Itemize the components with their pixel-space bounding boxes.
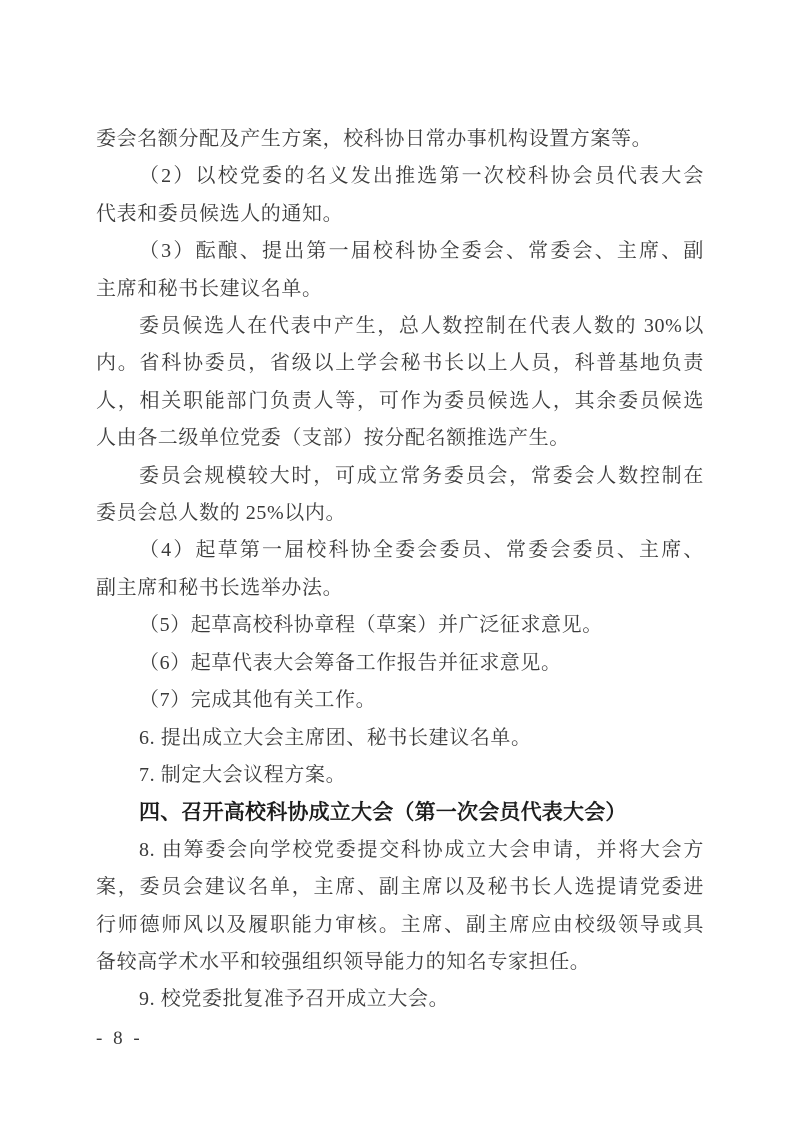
body-text-line: 案，委员会建议名单，主席、副主席以及秘书长人选提请党委进 xyxy=(96,869,704,906)
body-text-line: 内。省科协委员，省级以上学会秘书长以上人员，科普基地负责 xyxy=(96,345,704,382)
body-text-line: 委员候选人在代表中产生，总人数控制在代表人数的 30%以 xyxy=(96,308,704,345)
body-text-line: （6）起草代表大会筹备工作报告并征求意见。 xyxy=(96,645,704,682)
body-text-line: （7）完成其他有关工作。 xyxy=(96,682,704,719)
body-text-line: 主席和秘书长建议名单。 xyxy=(96,271,704,308)
body-text-line: 委会名额分配及产生方案，校科协日常办事机构设置方案等。 xyxy=(96,121,704,158)
body-text-line: （5）起草高校科协章程（草案）并广泛征求意见。 xyxy=(96,607,704,644)
page-body: 委会名额分配及产生方案，校科协日常办事机构设置方案等。 （2）以校党委的名义发出… xyxy=(96,121,704,1019)
body-text-line: 备较高学术水平和较强组织领导能力的知名专家担任。 xyxy=(96,944,704,981)
body-text-line: 9. 校党委批复准予召开成立大会。 xyxy=(96,981,704,1018)
body-text-line: （2）以校党委的名义发出推选第一次校科协会员代表大会 xyxy=(96,158,704,195)
body-text-line: 6. 提出成立大会主席团、秘书长建议名单。 xyxy=(96,720,704,757)
body-text-line: 副主席和秘书长选举办法。 xyxy=(96,570,704,607)
body-text-line: 人由各二级单位党委（支部）按分配名额推选产生。 xyxy=(96,420,704,457)
body-text-line: 委员会总人数的 25%以内。 xyxy=(96,495,704,532)
body-text-line: 8. 由筹委会向学校党委提交科协成立大会申请，并将大会方 xyxy=(96,832,704,869)
body-text-line: 7. 制定大会议程方案。 xyxy=(96,757,704,794)
page-number: - 8 - xyxy=(96,1028,143,1050)
body-text-line: 委员会规模较大时，可成立常务委员会，常委会人数控制在 xyxy=(96,458,704,495)
body-text-line: 代表和委员候选人的通知。 xyxy=(96,196,704,233)
body-text-line: （4）起草第一届校科协全委会委员、常委会委员、主席、 xyxy=(96,532,704,569)
body-text-line: （3）酝酿、提出第一届校科协全委会、常委会、主席、副 xyxy=(96,233,704,270)
document-page: 委会名额分配及产生方案，校科协日常办事机构设置方案等。 （2）以校党委的名义发出… xyxy=(0,0,794,1123)
body-text-line: 人，相关职能部门负责人等，可作为委员候选人，其余委员候选 xyxy=(96,383,704,420)
section-heading: 四、召开高校科协成立大会（第一次会员代表大会） xyxy=(96,794,704,831)
body-text-line: 行师德师风以及履职能力审核。主席、副主席应由校级领导或具 xyxy=(96,907,704,944)
